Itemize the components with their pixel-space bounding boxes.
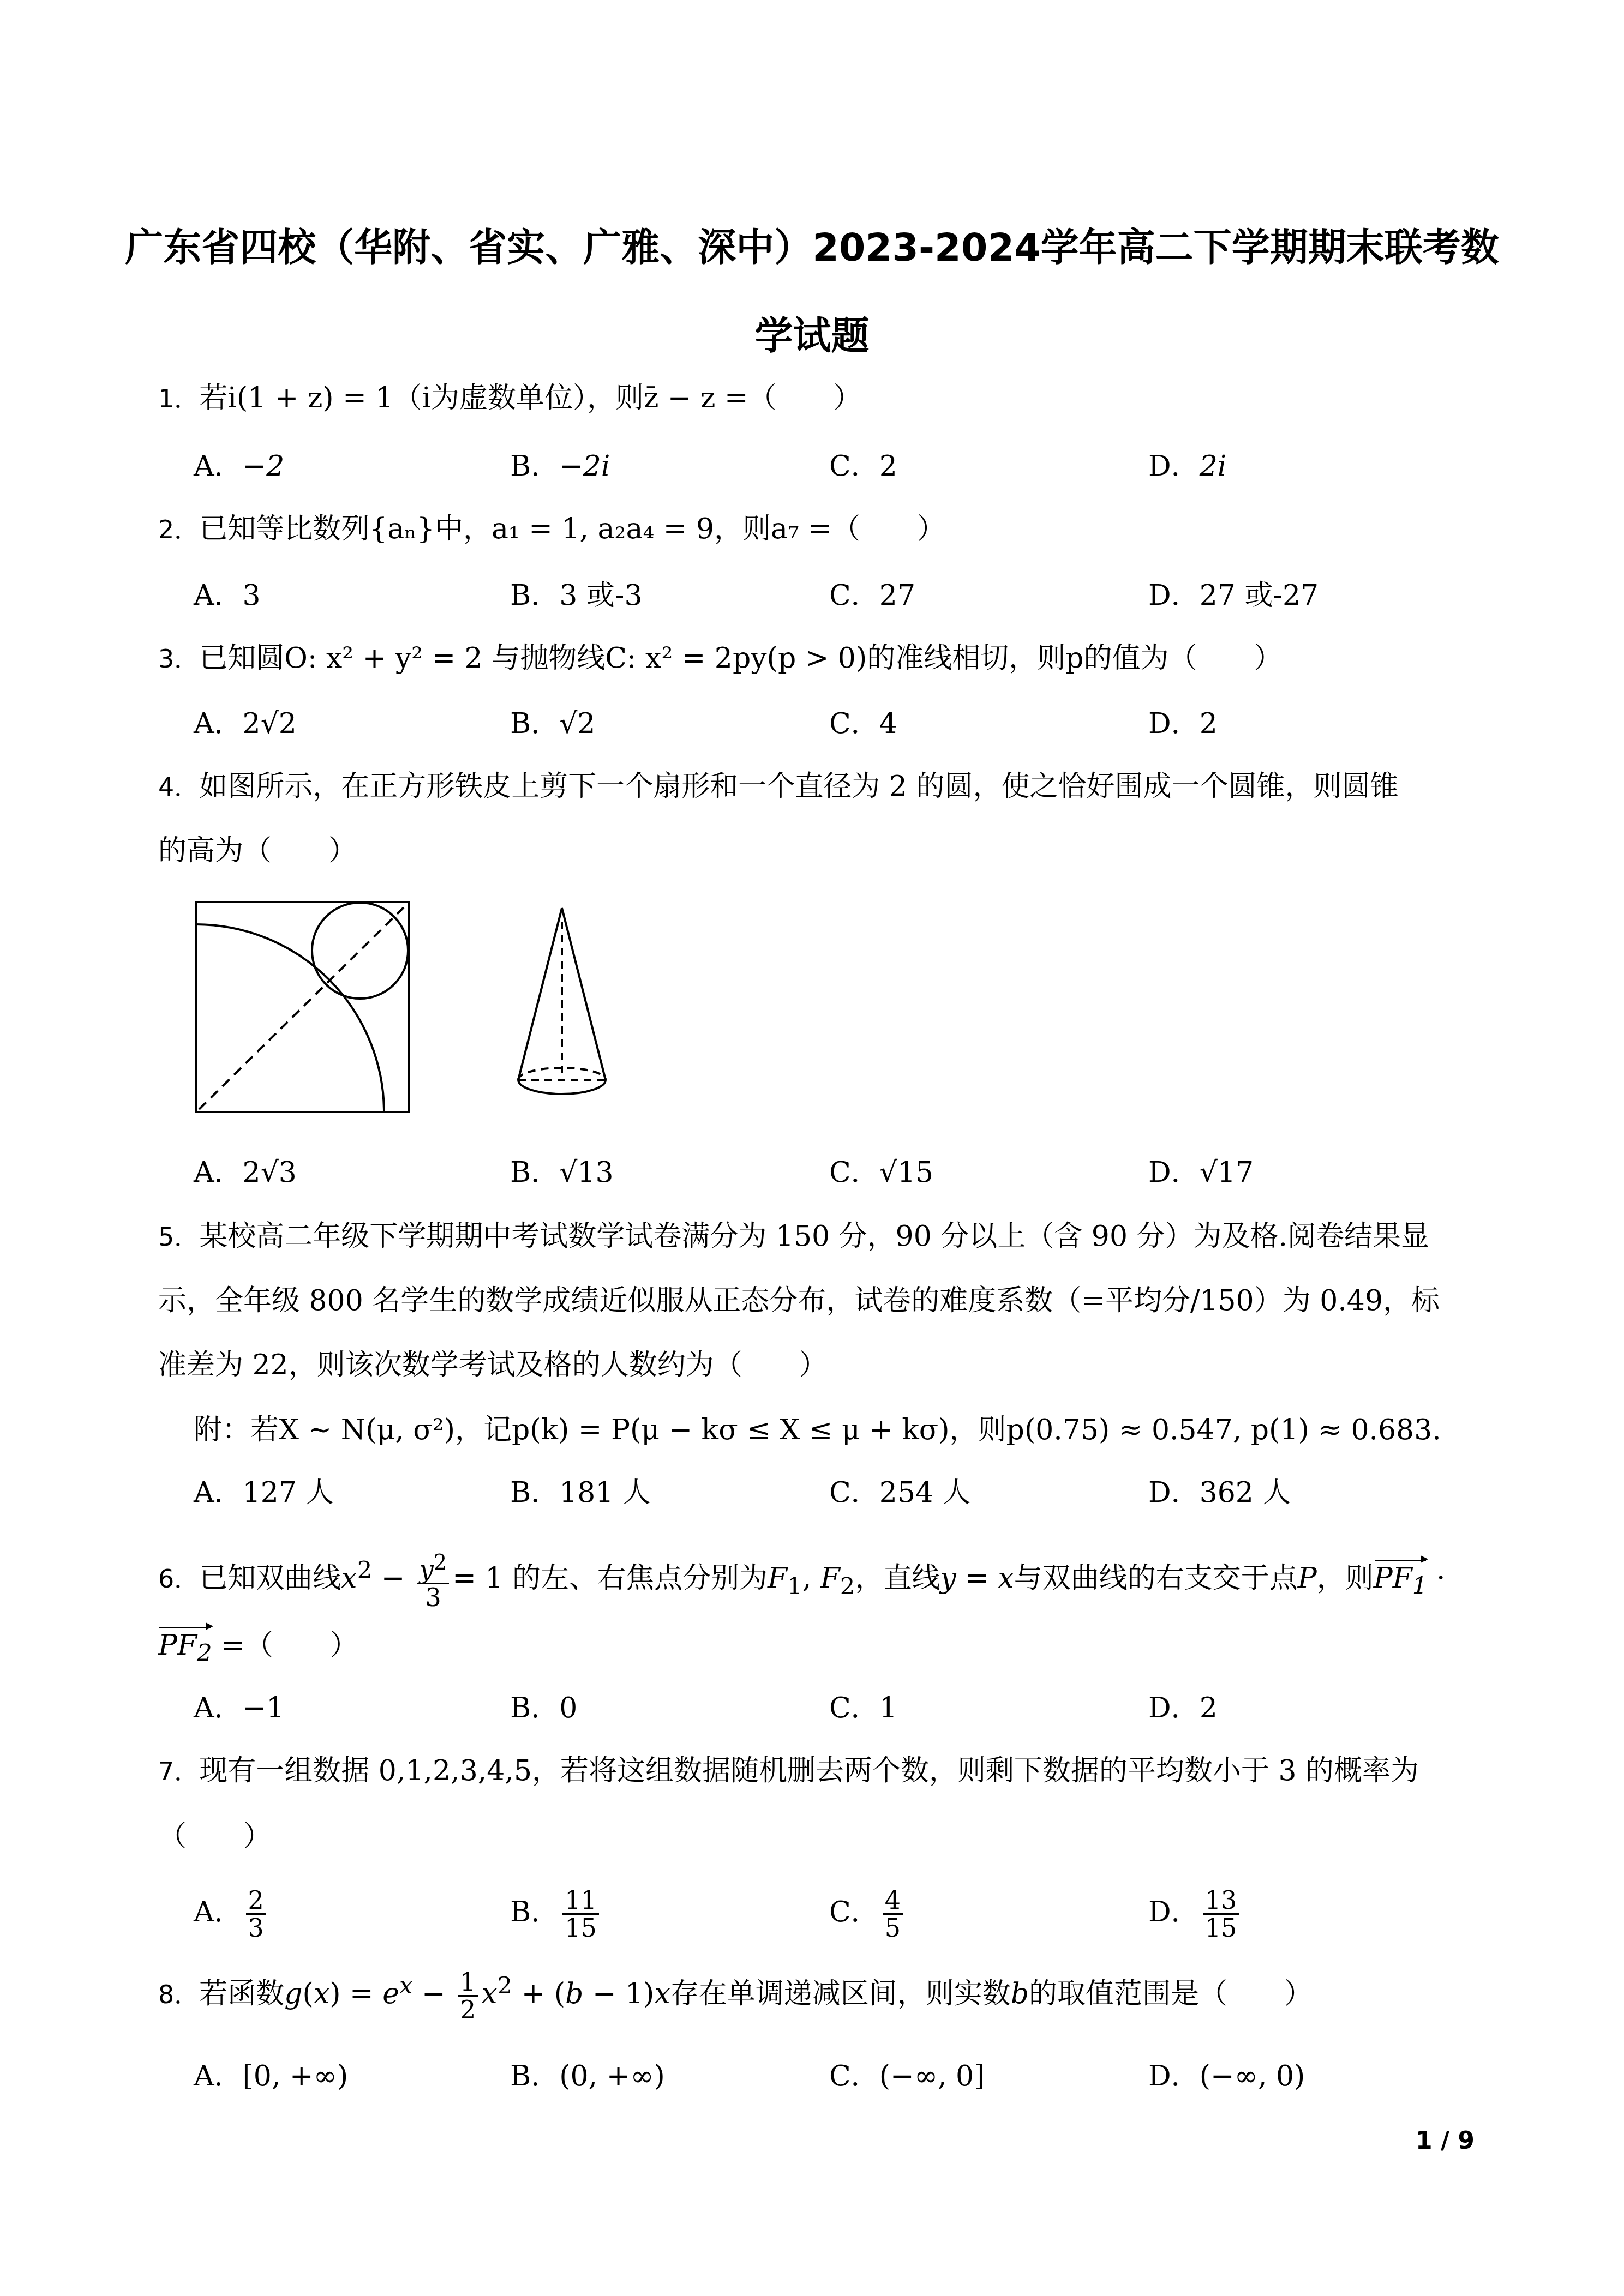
exam-title-line-1: 广东省四校（华附、省实、广雅、深中）2023-2024学年高二下学期期末联考数 — [0, 217, 1624, 272]
option-c[interactable]: C．2 — [829, 450, 897, 483]
option-d[interactable]: D．27 或-27 — [1148, 579, 1319, 612]
option-c[interactable]: C．√15 — [829, 1156, 933, 1189]
question-7: 7．现有一组数据 0,1,2,3,4,5，若将这组数据随机删去两个数，则剩下数据… — [158, 1754, 1419, 1788]
question-number: 7． — [158, 1757, 199, 1786]
exam-title-line-2: 学试题 — [0, 305, 1624, 360]
option-a[interactable]: A．127 人 — [194, 1476, 334, 1509]
option-a[interactable]: A．−1 — [194, 1692, 284, 1724]
question-6-line-2: PF2 =（ ） — [158, 1629, 358, 1669]
question-number: 5． — [158, 1222, 199, 1252]
question-5-line-3: 准差为 22，则该次数学考试及格的人数约为（ ） — [158, 1349, 828, 1381]
option-c[interactable]: C．1 — [829, 1692, 897, 1724]
question-text: 如图所示，在正方形铁皮上剪下一个扇形和一个直径为 2 的圆，使之恰好围成一个圆锥… — [199, 770, 1398, 803]
question-3: 3．已知圆O: x² + y² = 2 与抛物线C: x² = 2py(p > … — [158, 642, 1282, 675]
question-number: 4． — [158, 772, 199, 802]
option-a[interactable]: A．3 — [194, 579, 261, 612]
question-number: 3． — [158, 644, 199, 674]
question-number: 6． — [158, 1564, 199, 1594]
question-text: 已知圆O: x² + y² = 2 与抛物线C: x² = 2py(p > 0)… — [199, 642, 1282, 675]
option-b[interactable]: B．√2 — [510, 707, 595, 740]
question-text: 已知等比数列{aₙ}中，a₁ = 1, a₂a₄ = 9，则a₇ =（ ） — [199, 513, 945, 545]
option-b[interactable]: B．181 人 — [510, 1476, 651, 1509]
question-text: 某校高二年级下学期期中考试数学试卷满分为 150 分，90 分以上（含 90 分… — [199, 1220, 1429, 1253]
option-d[interactable]: D．2i — [1148, 450, 1226, 483]
option-d[interactable]: D．362 人 — [1148, 1476, 1291, 1509]
option-a[interactable]: A．2√2 — [194, 707, 297, 740]
question-5-note: 附：若X ∼ N(μ, σ²)，记p(k) = P(μ − kσ ≤ X ≤ μ… — [194, 1414, 1441, 1446]
option-d[interactable]: D．√17 — [1148, 1156, 1254, 1189]
square-sector-figure — [194, 900, 412, 1115]
question-text: 现有一组数据 0,1,2,3,4,5，若将这组数据随机删去两个数，则剩下数据的平… — [199, 1754, 1419, 1787]
option-a[interactable]: A．−2 — [194, 450, 284, 483]
option-b[interactable]: B．1115 — [510, 1887, 602, 1941]
question-1: 1．若i(1 + z) = 1（i为虚数单位），则z̄ − z =（ ） — [158, 382, 861, 415]
option-c[interactable]: C．4 — [829, 707, 897, 740]
option-d[interactable]: D．(−∞, 0) — [1148, 2060, 1305, 2093]
question-4: 4．如图所示，在正方形铁皮上剪下一个扇形和一个直径为 2 的圆，使之恰好围成一个… — [158, 770, 1398, 803]
question-5-line-2: 示，全年级 800 名学生的数学成绩近似服从正态分布，试卷的难度系数（=平均分/… — [158, 1284, 1440, 1317]
question-number: 2． — [158, 515, 199, 544]
option-b[interactable]: B．√13 — [510, 1156, 614, 1189]
option-a[interactable]: A．23 — [194, 1887, 269, 1941]
question-5: 5．某校高二年级下学期期中考试数学试卷满分为 150 分，90 分以上（含 90… — [158, 1220, 1429, 1253]
option-d[interactable]: D．2 — [1148, 1692, 1218, 1724]
option-c[interactable]: C．254 人 — [829, 1476, 971, 1509]
question-6: 6．已知双曲线x2 − y23= 1 的左、右焦点分别为F1, F2，直线y =… — [158, 1550, 1446, 1610]
question-4-line-2: 的高为（ ） — [158, 834, 357, 867]
question-number: 1． — [158, 384, 199, 413]
option-d[interactable]: D．2 — [1148, 707, 1218, 740]
option-b[interactable]: B．(0, +∞) — [510, 2060, 665, 2093]
option-a[interactable]: A．[0, +∞) — [194, 2060, 348, 2093]
question-7-line-2: （ ） — [158, 1820, 272, 1853]
option-c[interactable]: C．(−∞, 0] — [829, 2060, 985, 2093]
page-number: 1 / 9 — [1416, 2127, 1475, 2155]
option-c[interactable]: C．45 — [829, 1887, 906, 1941]
question-text: 若i(1 + z) = 1（i为虚数单位），则z̄ − z =（ ） — [199, 382, 861, 414]
option-d[interactable]: D．1315 — [1148, 1887, 1242, 1941]
option-b[interactable]: B．3 或-3 — [510, 579, 643, 612]
option-a[interactable]: A．2√3 — [194, 1156, 297, 1189]
question-8: 8．若函数g(x) = ex − 12x2 + (b − 1)x存在单调递减区间… — [158, 1969, 1313, 2023]
question-2: 2．已知等比数列{aₙ}中，a₁ = 1, a₂a₄ = 9，则a₇ =（ ） — [158, 513, 945, 546]
cone-figure — [513, 900, 611, 1115]
option-c[interactable]: C．27 — [829, 579, 915, 612]
option-b[interactable]: B．−2i — [510, 450, 610, 483]
option-b[interactable]: B．0 — [510, 1692, 577, 1724]
question-number: 8． — [158, 1980, 199, 2009]
